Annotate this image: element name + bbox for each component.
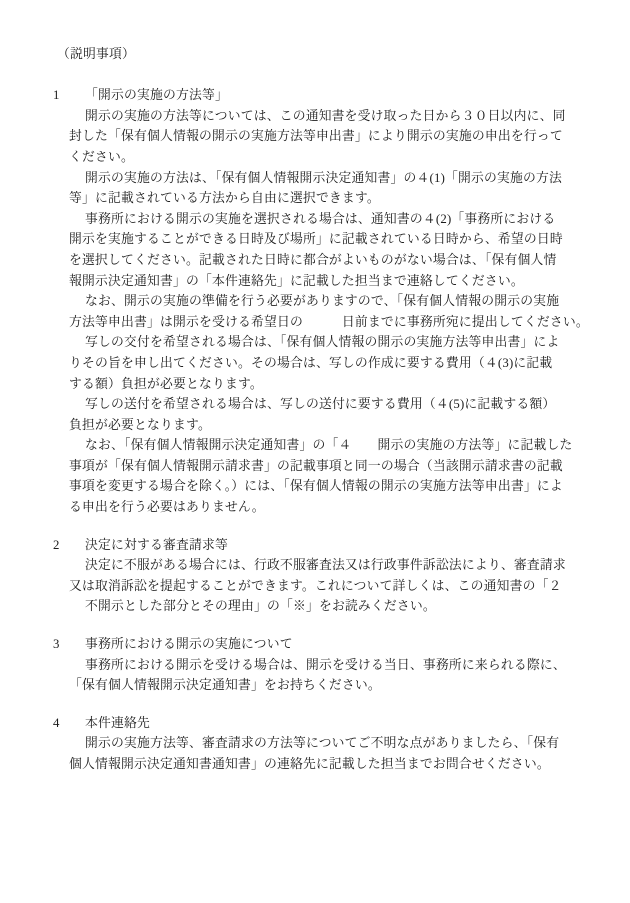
body-line: 事項が「保有個人情報開示請求書」の記載事項と同一の場合（当該開示請求書の記載 <box>53 456 598 477</box>
body-line: 事項を変更する場合を除く。）には、「保有個人情報の開示の実施方法等申出書」によ <box>53 476 598 497</box>
body-line: 開示の実施の方法等については、この通知書を受け取った日から３０日以内に、同 <box>53 106 598 127</box>
body-line: 封した「保有個人情報の開示の実施方法等申出書」により開示の実施の申出を行って <box>53 126 598 147</box>
body-line: 開示の実施の方法は、「保有個人情報開示決定通知書」の４(1)「開示の実施の方法 <box>53 168 598 189</box>
body-line: 又は取消訴訟を提起することができます。これについて詳しくは、この通知書の「２ <box>53 576 598 597</box>
document-page: （説明事項） 1「開示の実施の方法等」開示の実施の方法等については、この通知書を… <box>0 0 630 903</box>
section-heading: 3事務所における開示の実施について <box>53 634 598 655</box>
body-line: 負担が必要となります。 <box>53 415 598 436</box>
section: 3事務所における開示の実施について事務所における開示を受ける場合は、開示を受ける… <box>53 634 598 696</box>
section-number: 2 <box>53 535 85 556</box>
section-number: 4 <box>53 713 85 734</box>
body-line: 写しの交付を希望される場合は、「保有個人情報の開示の実施方法等申出書」によ <box>53 332 598 353</box>
body-line: 開示を実施することができる日時及び場所」に記載されている日時から、希望の日時 <box>53 229 598 250</box>
body-line: 個人情報開示決定通知書通知書」の連絡先に記載した担当までお問合せください。 <box>53 754 598 775</box>
body-line: ください。 <box>53 147 598 168</box>
body-line: 開示の実施方法等、審査請求の方法等についてご不明な点がありましたら、「保有 <box>53 733 598 754</box>
document-body: （説明事項） 1「開示の実施の方法等」開示の実施の方法等については、この通知書を… <box>53 44 598 775</box>
note-label: （説明事項） <box>53 44 598 65</box>
body-line: 方法等申出書」は開示を受ける希望日の 日前までに事務所宛に提出してください。 <box>53 312 598 333</box>
body-line: 事務所における開示の実施を選択される場合は、通知書の４(2)「事務所における <box>53 209 598 230</box>
body-line: なお、開示の実施の準備を行う必要がありますので、「保有個人情報の開示の実施 <box>53 291 598 312</box>
body-line: 写しの送付を希望される場合は、写しの送付に要する費用（４(5)に記載する額） <box>53 394 598 415</box>
body-line: 不開示とした部分とその理由」の「※」をお読みください。 <box>53 596 598 617</box>
sections-container: 1「開示の実施の方法等」開示の実施の方法等については、この通知書を受け取った日か… <box>53 85 598 774</box>
section-title: 決定に対する審査請求等 <box>85 538 228 552</box>
body-line: 事務所における開示を受ける場合は、開示を受ける当日、事務所に来られる際に、 <box>53 655 598 676</box>
body-line: する額）負担が必要となります。 <box>53 374 598 395</box>
body-line: 報開示決定通知書」の「本件連絡先」に記載した担当まで連絡してください。 <box>53 271 598 292</box>
section: 1「開示の実施の方法等」開示の実施の方法等については、この通知書を受け取った日か… <box>53 85 598 517</box>
body-line: りその旨を申し出てください。その場合は、写しの作成に要する費用（４(3)に記載 <box>53 353 598 374</box>
section-title: 本件連絡先 <box>85 716 150 730</box>
section-heading: 4本件連絡先 <box>53 713 598 734</box>
section: 2決定に対する審査請求等決定に不服がある場合には、行政不服審査法又は行政事件訴訟… <box>53 535 598 617</box>
section-title: 「開示の実施の方法等」 <box>85 88 228 102</box>
body-line: を選択してください。記載された日時に都合がよいものがない場合は、「保有個人情 <box>53 250 598 271</box>
section-heading: 1「開示の実施の方法等」 <box>53 85 598 106</box>
section-number: 1 <box>53 85 85 106</box>
section-title: 事務所における開示の実施について <box>85 637 293 651</box>
body-line: 等」に記載されている方法から自由に選択できます。 <box>53 188 598 209</box>
section: 4本件連絡先開示の実施方法等、審査請求の方法等についてご不明な点がありましたら、… <box>53 713 598 775</box>
section-heading: 2決定に対する審査請求等 <box>53 535 598 556</box>
body-line: なお、「保有個人情報開示決定通知書」の「４ 開示の実施の方法等」に記載した <box>53 435 598 456</box>
body-line: る申出を行う必要はありません。 <box>53 497 598 518</box>
section-number: 3 <box>53 634 85 655</box>
body-line: 「保有個人情報開示決定通知書」をお持ちください。 <box>53 675 598 696</box>
body-line: 決定に不服がある場合には、行政不服審査法又は行政事件訴訟法により、審査請求 <box>53 555 598 576</box>
